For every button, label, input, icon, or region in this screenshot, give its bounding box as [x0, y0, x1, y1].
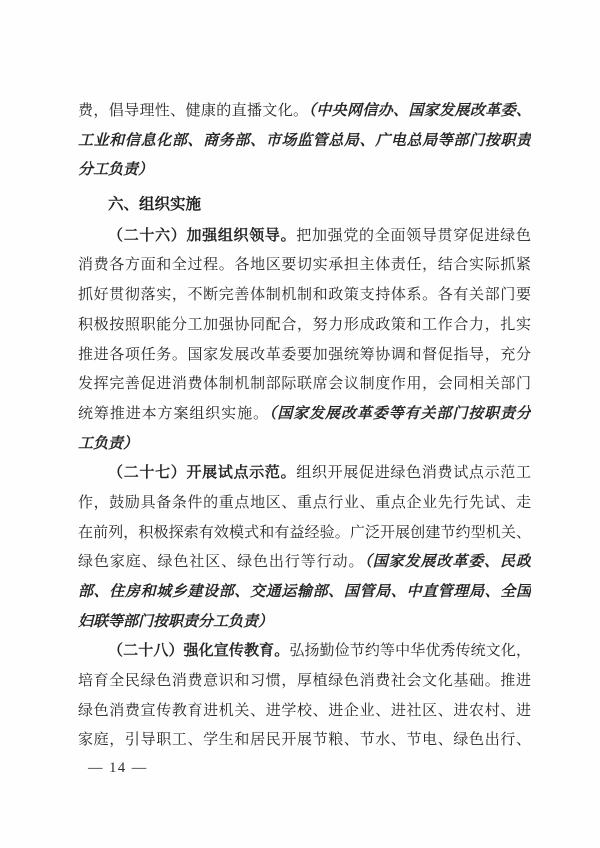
text-line: 绿色消费宣传教育进机关、进学校、进企业、进社区、进农村、进	[78, 697, 531, 727]
text-segment-body: 把加强党的全面领导贯穿促进绿色	[296, 228, 531, 244]
text-line: 在前列，积极探索有效模式和有益经验。广泛开展创建节约型机关、	[78, 519, 531, 549]
text-line: 妇联等部门按职责分工负责）	[78, 608, 531, 638]
text-segment-body: 积极按照职能分工加强协同配合，努力形成政策和工作合力，扎实	[78, 317, 531, 333]
text-segment-kai: 工业和信息化部、商务部、市场监管总局、广电总局等部门按职责	[78, 133, 531, 149]
text-line: 分工负责）	[78, 156, 531, 186]
text-segment-kai: （国家发展改革委等有关部门按职责分	[269, 406, 531, 422]
text-segment-body: 推进各项任务。国家发展改革委要加强统筹协调和督促指导，充分	[78, 347, 531, 363]
text-segment-lead: （二十八）强化宣传教育。	[108, 643, 289, 659]
text-segment-kai: （中央网信办、国家发展改革委、	[308, 103, 531, 119]
text-line: 费，倡导理性、健康的直播文化。（中央网信办、国家发展改革委、	[78, 97, 531, 127]
text-segment-body: 绿色家庭、绿色社区、绿色出行等行动。	[78, 554, 364, 570]
text-segment-body: 组织开展促进绿色消费试点示范工	[296, 465, 531, 481]
text-line: 工负责）	[78, 430, 531, 460]
text-line: （二十八）强化宣传教育。弘扬勤俭节约等中华优秀传统文化，	[78, 637, 531, 667]
text-segment-body: 在前列，积极探索有效模式和有益经验。广泛开展创建节约型机关、	[78, 525, 531, 541]
text-line: 消费各方面和全过程。各地区要切实承担主体责任，结合实际抓紧	[78, 251, 531, 281]
text-line: （二十六）加强组织领导。把加强党的全面领导贯穿促进绿色	[78, 222, 531, 252]
text-segment-kai: 工负责）	[78, 436, 138, 452]
text-line: 统筹推进本方案组织实施。（国家发展改革委等有关部门按职责分	[78, 400, 531, 430]
text-line: 培育全民绿色消费意识和习惯，厚植绿色消费社会文化基础。推进	[78, 667, 531, 697]
text-segment-body: 家庭，引导职工、学生和居民开展节粮、节水、节电、绿色出行、	[78, 732, 531, 748]
text-segment-body: 统筹推进本方案组织实施。	[78, 406, 269, 422]
text-line: 部、住房和城乡建设部、交通运输部、国管局、中直管理局、全国	[78, 578, 531, 608]
text-segment-kai: 部、住房和城乡建设部、交通运输部、国管局、中直管理局、全国	[78, 584, 531, 600]
text-segment-body: 发挥完善促进消费体制机制部际联席会议制度作用，会同相关部门	[78, 376, 531, 392]
text-line: （二十七）开展试点示范。组织开展促进绿色消费试点示范工	[78, 459, 531, 489]
page-number: — 14 —	[88, 760, 531, 777]
text-line: 工业和信息化部、商务部、市场监管总局、广电总局等部门按职责	[78, 127, 531, 157]
text-segment-body: 绿色消费宣传教育进机关、进学校、进企业、进社区、进农村、进	[78, 703, 531, 719]
text-line: 发挥完善促进消费体制机制部际联席会议制度作用，会同相关部门	[78, 370, 531, 400]
text-segment-body: 培育全民绿色消费意识和习惯，厚植绿色消费社会文化基础。推进	[78, 673, 531, 689]
text-segment-lead: （二十七）开展试点示范。	[108, 465, 296, 481]
text-line: 绿色家庭、绿色社区、绿色出行等行动。（国家发展改革委、民政	[78, 548, 531, 578]
section-heading: 六、组织实施	[78, 190, 531, 220]
text-line: 积极按照职能分工加强协同配合，努力形成政策和工作合力，扎实	[78, 311, 531, 341]
text-line: 抓好贯彻落实，不断完善体制机制和政策支持体系。各有关部门要	[78, 281, 531, 311]
text-line: 推进各项任务。国家发展改革委要加强统筹协调和督促指导，充分	[78, 341, 531, 371]
text-segment-body: 作，鼓励具备条件的重点地区、重点行业、重点企业先行先试、走	[78, 495, 531, 511]
text-line: 家庭，引导职工、学生和居民开展节粮、节水、节电、绿色出行、	[78, 726, 531, 756]
text-segment-body: 弘扬勤俭节约等中华优秀传统文化，	[289, 643, 531, 659]
text-segment-kai: 分工负责）	[78, 162, 153, 178]
text-segment-kai: （国家发展改革委、民政	[364, 554, 531, 570]
text-segment-body: 消费各方面和全过程。各地区要切实承担主体责任，结合实际抓紧	[78, 257, 531, 273]
document-body: 费，倡导理性、健康的直播文化。（中央网信办、国家发展改革委、工业和信息化部、商务…	[78, 97, 531, 777]
text-line: 作，鼓励具备条件的重点地区、重点行业、重点企业先行先试、走	[78, 489, 531, 519]
text-segment-body: 抓好贯彻落实，不断完善体制机制和政策支持体系。各有关部门要	[78, 287, 531, 303]
text-segment-kai: 妇联等部门按职责分工负责）	[78, 614, 273, 630]
text-segment-body: 费，倡导理性、健康的直播文化。	[78, 103, 308, 119]
text-segment-lead: （二十六）加强组织领导。	[108, 228, 296, 244]
document-page: 费，倡导理性、健康的直播文化。（中央网信办、国家发展改革委、工业和信息化部、商务…	[0, 0, 600, 848]
